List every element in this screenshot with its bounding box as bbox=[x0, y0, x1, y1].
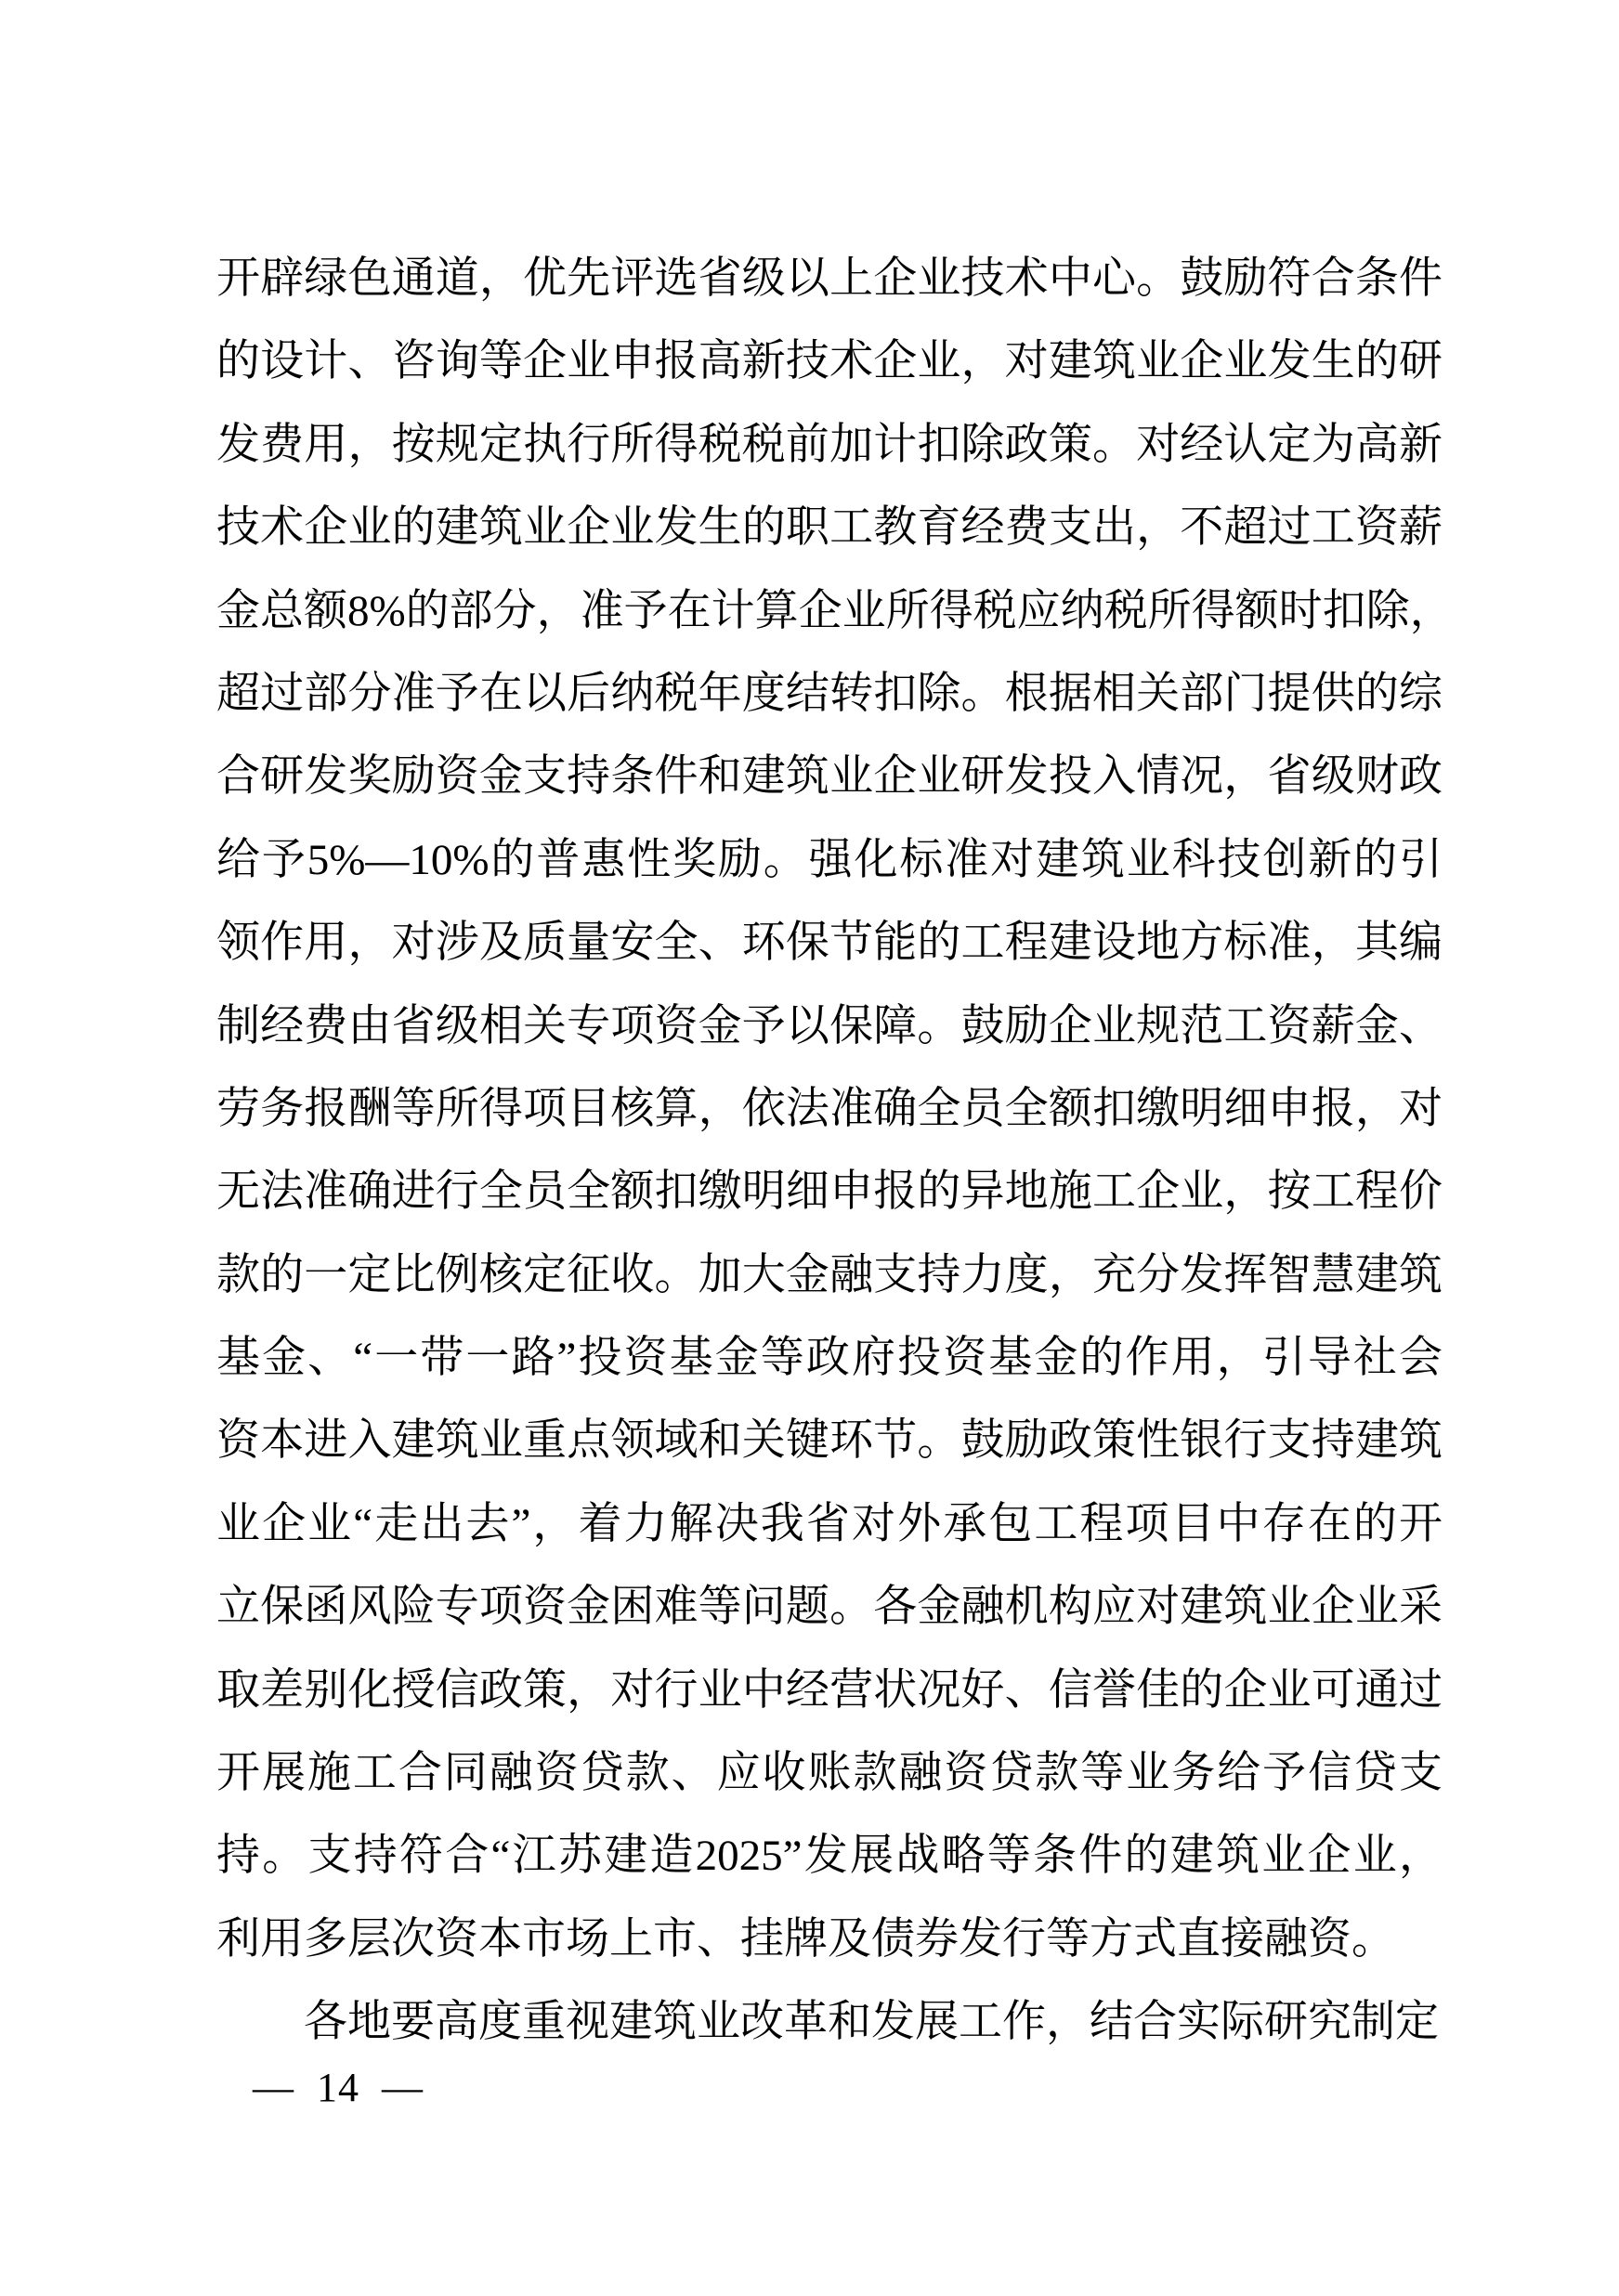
text-line: 制经费由省级相关专项资金予以保障。鼓励企业规范工资薪金、 bbox=[216, 985, 1443, 1068]
document-page: 开辟绿色通道，优先评选省级以上企业技术中心。鼓励符合条件 的设计、咨询等企业申报… bbox=[0, 0, 1619, 2296]
text-line: 的设计、咨询等企业申报高新技术企业，对建筑业企业发生的研 bbox=[216, 320, 1443, 403]
text-line: 取差别化授信政策，对行业中经营状况好、信誉佳的企业可通过 bbox=[216, 1650, 1443, 1732]
text-line: 开展施工合同融资贷款、应收账款融资贷款等业务给予信贷支 bbox=[216, 1732, 1443, 1815]
document-body: 开辟绿色通道，优先评选省级以上企业技术中心。鼓励符合条件 的设计、咨询等企业申报… bbox=[216, 238, 1443, 2065]
text-line: 利用多层次资本市场上市、挂牌及债券发行等方式直接融资。 bbox=[216, 1898, 1443, 1981]
text-line: 合研发奖励资金支持条件和建筑业企业研发投入情况，省级财政 bbox=[216, 736, 1443, 818]
text-line: 款的一定比例核定征收。加大金融支持力度，充分发挥智慧建筑 bbox=[216, 1234, 1443, 1317]
text-line: 给予5%—10%的普惠性奖励。强化标准对建筑业科技创新的引 bbox=[216, 819, 1443, 902]
text-line: 无法准确进行全员全额扣缴明细申报的异地施工企业，按工程价 bbox=[216, 1151, 1443, 1233]
text-line: 领作用，对涉及质量安全、环保节能的工程建设地方标准，其编 bbox=[216, 902, 1443, 985]
text-line: 发费用，按规定执行所得税税前加计扣除政策。对经认定为高新 bbox=[216, 404, 1443, 487]
text-line: 立保函风险专项资金困难等问题。各金融机构应对建筑业企业采 bbox=[216, 1566, 1443, 1649]
text-line: 劳务报酬等所得项目核算，依法准确全员全额扣缴明细申报，对 bbox=[216, 1068, 1443, 1151]
text-line: 超过部分准予在以后纳税年度结转扣除。根据相关部门提供的综 bbox=[216, 653, 1443, 736]
text-line: 资本进入建筑业重点领域和关键环节。鼓励政策性银行支持建筑 bbox=[216, 1400, 1443, 1482]
text-line: 开辟绿色通道，优先评选省级以上企业技术中心。鼓励符合条件 bbox=[216, 238, 1443, 320]
text-line: 技术企业的建筑业企业发生的职工教育经费支出，不超过工资薪 bbox=[216, 487, 1443, 569]
text-line: 基金、“一带一路”投资基金等政府投资基金的作用，引导社会 bbox=[216, 1317, 1443, 1400]
text-line: 业企业“走出去”，着力解决我省对外承包工程项目中存在的开 bbox=[216, 1483, 1443, 1566]
text-line: 金总额8%的部分，准予在计算企业所得税应纳税所得额时扣除， bbox=[216, 570, 1443, 653]
page-number: — 14 — bbox=[253, 2066, 424, 2110]
text-line: 持。支持符合“江苏建造2025”发展战略等条件的建筑业企业， bbox=[216, 1815, 1443, 1898]
text-line: 各地要高度重视建筑业改革和发展工作，结合实际研究制定 bbox=[216, 1981, 1443, 2064]
